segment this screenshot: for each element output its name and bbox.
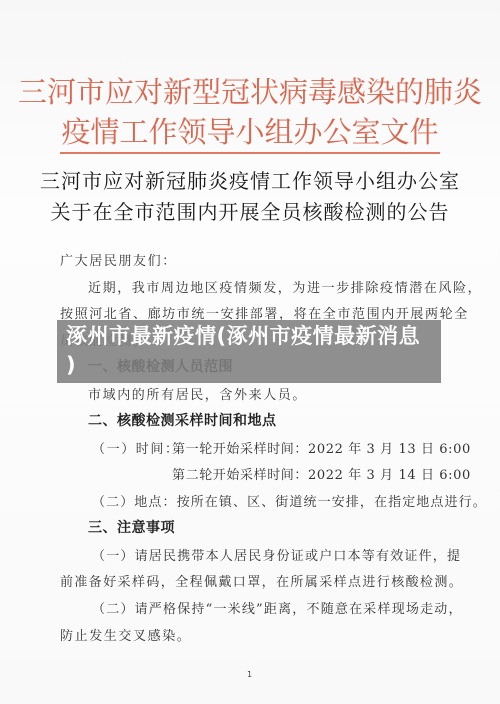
document-title-line1: 三河市应对新冠肺炎疫情工作领导小组办公室 <box>0 165 500 194</box>
red-header-title-line1: 三河市应对新型冠状病毒感染的肺炎 <box>0 70 500 111</box>
section3-heading: 三、注意事项 <box>88 517 175 537</box>
intro-line1: 近期，我市周边地区疫情频发，为进一步排除疫情潜在风险， <box>88 277 482 296</box>
section2-time-round2: 第二轮开始采样时间：2022 年 3 月 14 日 6:00 <box>172 464 471 483</box>
page-number: 1 <box>247 670 252 679</box>
red-header-divider <box>60 152 440 154</box>
section3-item2-line1: （二）请严格保持“一米线”距离，不随意在采样现场走动， <box>92 598 463 617</box>
section2-time-round1: 第一轮开始采样时间：2022 年 3 月 13 日 6:00 <box>172 438 471 457</box>
section3-item2-line2: 防止发生交叉感染。 <box>60 625 191 644</box>
red-header-title-line2: 疫情工作领导小组办公室文件 <box>0 110 500 151</box>
section3-item1-line2: 前准备好采样码，全程佩戴口罩，在所属采样点进行核酸检测。 <box>60 571 463 590</box>
greeting: 广大居民朋友们： <box>60 250 177 269</box>
section2-heading: 二、核酸检测采样时间和地点 <box>88 410 277 430</box>
section2-place: （二）地点：按所在镇、区、街道统一安排，在指定地点进行。 <box>92 491 487 510</box>
document-title-line2: 关于在全市范围内开展全员核酸检测的公告 <box>0 196 500 225</box>
section2-time-label: （一）时间： <box>92 438 180 457</box>
headline-overlay-text: 涿州市最新疫情(涿州市疫情最新消息 ) <box>66 322 426 380</box>
section3-item1-line1: （一）请居民携带本人居民身份证或户口本等有效证件，提 <box>92 545 461 564</box>
section1-body: 市域内的所有居民，含外来人员。 <box>88 384 307 403</box>
